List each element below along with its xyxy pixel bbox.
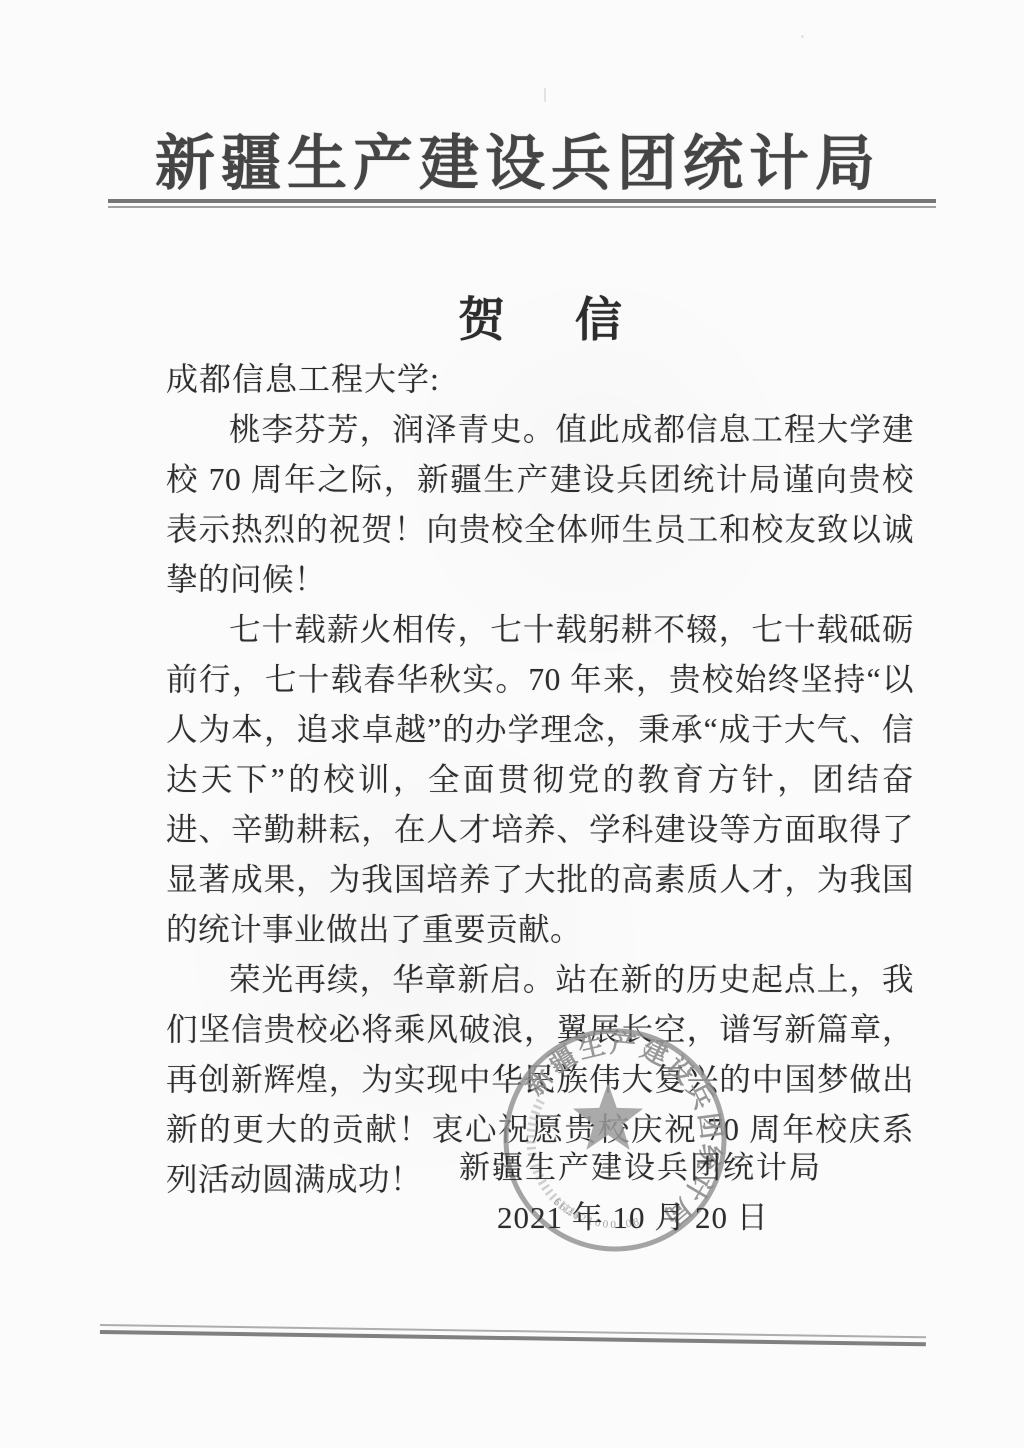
document-title: 贺 信 <box>166 283 914 350</box>
header-divider <box>108 199 936 208</box>
scanned-letter-page: 新疆生产建设兵团统计局 贺 信 成都信息工程大学: 桃李芬芳，润泽青史。值此成都… <box>0 0 1024 1448</box>
body-paragraph: 七十载薪火相传，七十载躬耕不辍，七十载砥砺前行，七十载春华秋实。70 年来，贵校… <box>166 605 914 955</box>
signature-date: 2021 年 10 月 20 日 <box>497 1192 769 1237</box>
letterhead-title: 新疆生产建设兵团统计局 <box>118 116 918 202</box>
header-divider-thick-line <box>108 199 936 203</box>
scan-speck <box>801 35 804 38</box>
scan-speck <box>544 88 546 102</box>
header-divider-thin-line <box>108 206 936 208</box>
signature-organization: 新疆生产建设兵团统计局 <box>459 1142 822 1187</box>
salutation: 成都信息工程大学: <box>166 354 440 400</box>
footer-divider <box>100 1324 926 1346</box>
star-icon <box>573 1083 643 1150</box>
body-paragraph: 桃李芬芳，润泽青史。值此成都信息工程大学建校 70 周年之际，新疆生产建设兵团统… <box>166 405 914 605</box>
